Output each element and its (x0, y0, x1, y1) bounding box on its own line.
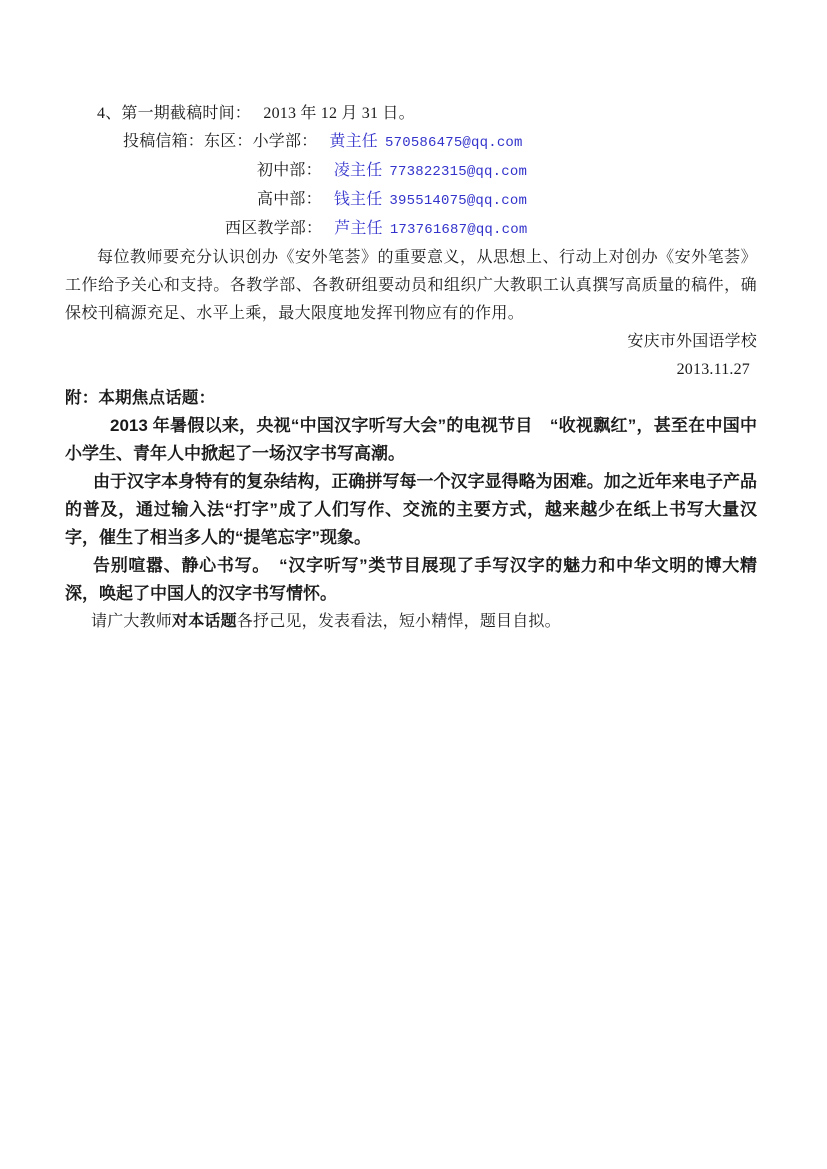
contact-name: 钱主任 (334, 191, 383, 208)
closing-emphasis: 对本话题 (172, 613, 237, 630)
mailbox-label: 投稿信箱：东区：小学部： (123, 133, 317, 150)
email-address[interactable]: 773822315@qq.com (389, 164, 527, 180)
school-signature: 安庆市外国语学校 (65, 328, 757, 356)
email-address[interactable]: 395514075@qq.com (389, 193, 527, 209)
email-address[interactable]: 570586475@qq.com (385, 135, 523, 151)
contact-name: 凌主任 (334, 162, 383, 179)
closing-line: 请广大教师对本话题各抒己见，发表看法，短小精悍，题目自拟。 (65, 608, 757, 636)
contact-name: 黄主任 (329, 133, 378, 150)
topic-paragraph-2: 由于汉字本身特有的复杂结构，正确拼写每一个汉字显得略为困难。加之近年来电子产品的… (65, 468, 757, 552)
mailbox-label: 初中部： (257, 162, 322, 179)
contact-name: 芦主任 (334, 220, 383, 237)
mailbox-row: 初中部：凌主任773822315@qq.com (65, 157, 757, 186)
mailbox-row: 投稿信箱：东区：小学部：黄主任570586475@qq.com (65, 128, 757, 157)
commitment-paragraph: 每位教师要充分认识创办《安外笔荟》的重要意义，从思想上、行动上对创办《安外笔荟》… (65, 244, 757, 328)
mailbox-label: 西区教学部： (225, 220, 322, 237)
closing-prefix: 请广大教师 (91, 613, 172, 630)
topic-paragraph-1: 2013 年暑假以来，央视“中国汉字听写大会”的电视节目 “收视飘红”，甚至在中… (65, 412, 757, 468)
document-page: 4、第一期截稿时间： 2013 年 12 月 31 日。 投稿信箱：东区：小学部… (0, 0, 827, 1169)
mailbox-row: 西区教学部：芦主任173761687@qq.com (65, 215, 757, 244)
mailbox-row: 高中部：钱主任395514075@qq.com (65, 186, 757, 215)
email-address[interactable]: 173761687@qq.com (390, 222, 528, 238)
mailbox-label: 高中部： (257, 191, 322, 208)
signature-date: 2013.11.27 (65, 356, 757, 384)
topic-paragraph-3: 告别喧嚣、静心书写。 “汉字听写”类节目展现了手写汉字的魅力和中华文明的博大精深… (65, 552, 757, 608)
closing-suffix: 各抒己见，发表看法，短小精悍，题目自拟。 (237, 613, 561, 630)
deadline-line: 4、第一期截稿时间： 2013 年 12 月 31 日。 (65, 100, 757, 128)
document-content: 4、第一期截稿时间： 2013 年 12 月 31 日。 投稿信箱：东区：小学部… (65, 100, 757, 636)
appendix-heading: 附：本期焦点话题： (65, 384, 757, 412)
